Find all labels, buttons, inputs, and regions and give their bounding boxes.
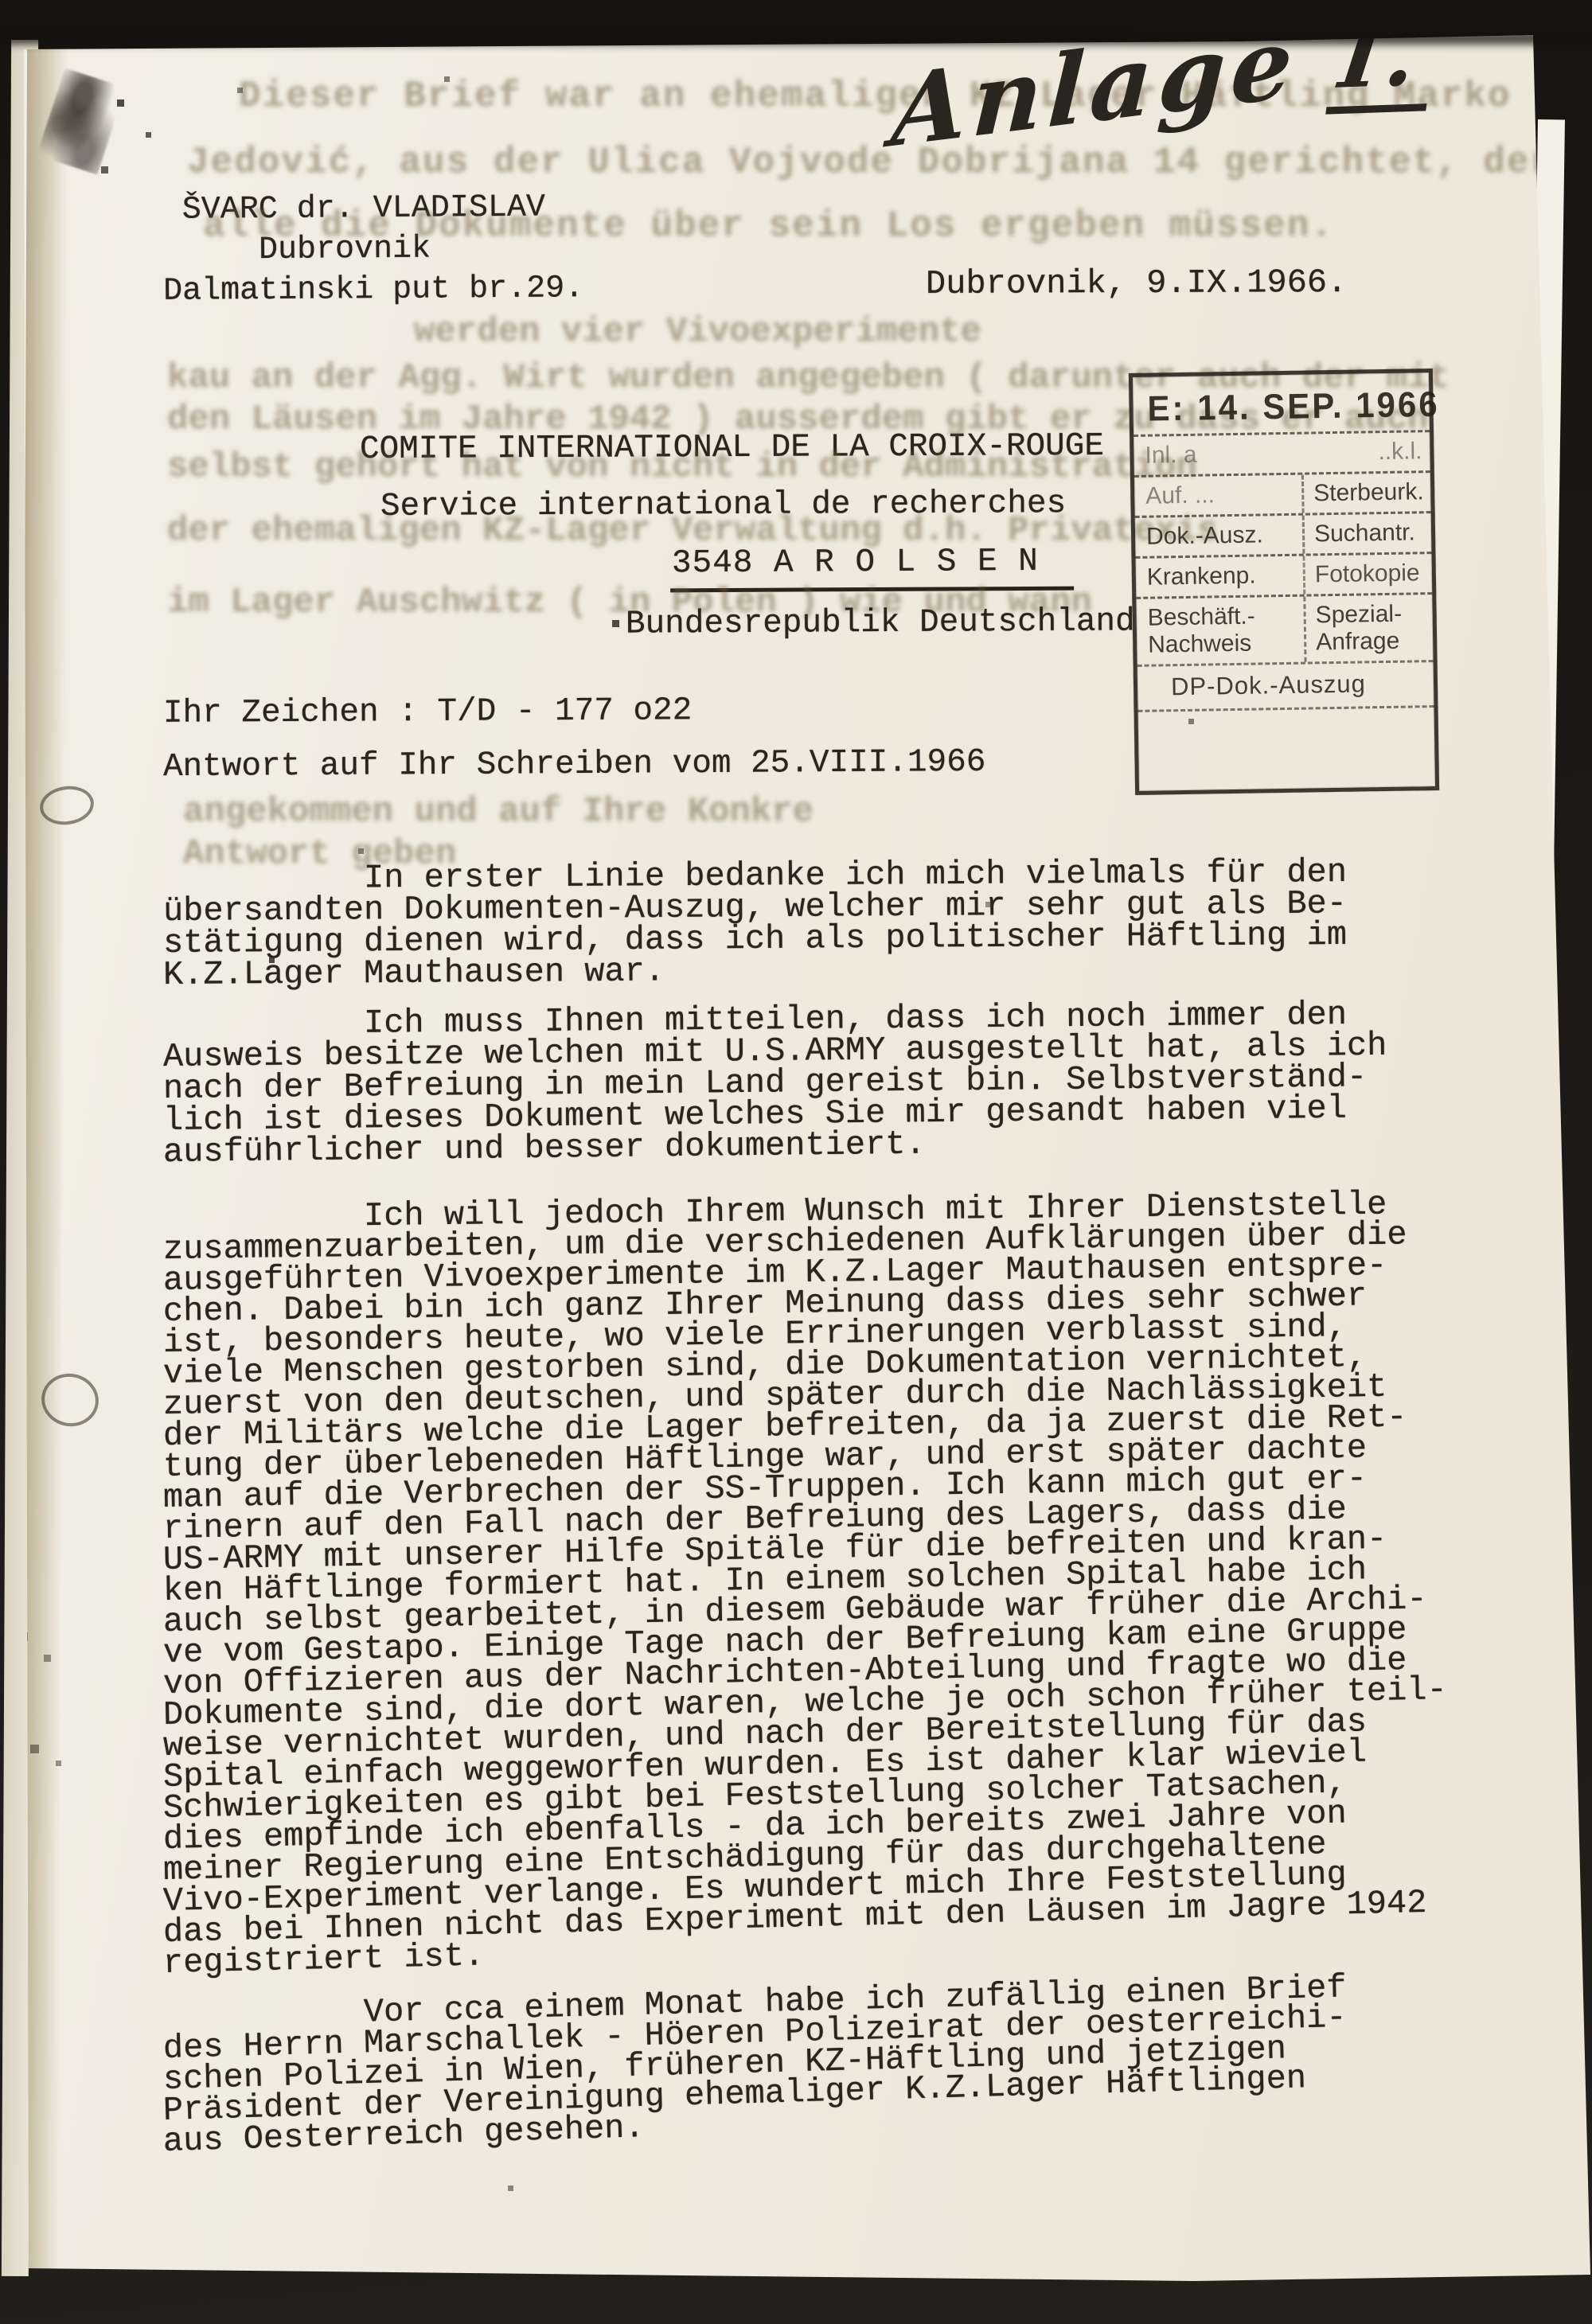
stamp-cell-left: Krankenp. <box>1136 556 1304 597</box>
stamp-row: Krankenp.Fotokopie <box>1135 552 1432 597</box>
stamp-row: Inl. a..k.l. <box>1134 430 1430 475</box>
stamp-cell-left: Auf. ... <box>1134 475 1302 516</box>
bleedthrough-line: der ehemaligen KZ-Lager Verwaltung d.h. … <box>167 511 1218 551</box>
reference-number-line: Ihr Zeichen : T/D - 177 o22 <box>163 692 693 731</box>
bleedthrough-line: angekommen und auf Ihre Konkre <box>183 792 814 832</box>
typed-line: K.Z.Lager Mauthausen war. <box>163 950 1347 991</box>
stamp-received-date: E: 14. SEP. 1966 <box>1147 384 1430 429</box>
stamp-cell-right: Sterbeurk. <box>1301 473 1431 513</box>
ink-specks <box>0 0 2 2</box>
recipient-country: Bundesrepublik Deutschland <box>626 603 1135 642</box>
stamp-cell-left: Dok.-Ausz. <box>1135 516 1303 556</box>
typed-line: Dalmatinski put br.29. <box>163 268 583 312</box>
body-paragraph-4: Vor cca einem Monat habe ich zufällig ei… <box>163 2002 1347 2158</box>
stamp-row: Dok.-Ausz.Suchantr. <box>1135 511 1432 556</box>
stamp-row: Auf. ...Sterbeurk. <box>1134 470 1431 516</box>
stamp-cell-right: ..k.l. <box>1301 432 1430 473</box>
bleedthrough-line: Jedović, aus der Ulica Vojvode Dobrijana… <box>187 142 1554 183</box>
stamp-cell-right: Fotokopie <box>1302 554 1432 595</box>
body-paragraph-2: Ich muss Ihnen mitteilen, dass ich noch … <box>163 1009 1387 1168</box>
scan-top-edge-shadow <box>0 32 1592 45</box>
stamp-category-rows: Inl. a..k.l.Auf. ...Sterbeurk.Dok.-Ausz.… <box>1134 430 1433 665</box>
dateline: Dubrovnik, 9.IX.1966. <box>926 263 1347 303</box>
stamp-cell-left: Inl. a <box>1134 435 1301 475</box>
receipt-stamp-box: E: 14. SEP. 1966 Inl. a..k.l.Auf. ...Ste… <box>1129 368 1439 795</box>
body-paragraph-1: In erster Linie bedanke ich mich vielmal… <box>163 864 1347 991</box>
stamp-empty-row <box>1138 705 1435 779</box>
letter-sheet: Dieser Brief war an ehemaligen KZ-Lager … <box>0 0 1592 2324</box>
annotation-numeral: I. <box>1325 2 1441 115</box>
stamp-cell-left: Beschäft.- Nachweis <box>1136 597 1304 665</box>
bleedthrough-line: selbst gehört hat von nicht in der Admin… <box>167 447 1197 487</box>
reply-reference-line: Antwort auf Ihr Schreiben vom 25.VIII.19… <box>163 744 986 786</box>
stamp-footer-row: DP-Dok.-Auszug <box>1137 660 1434 710</box>
bleedthrough-line: werden vier Vivoexperimente <box>414 312 981 352</box>
body-paragraph-3: Ich will jedoch Ihrem Wunsch mit Ihrer D… <box>163 1203 1447 1979</box>
stamp-cell-right: Suchantr. <box>1302 513 1432 554</box>
stamp-cell-right: Spezial- Anfrage <box>1303 595 1433 662</box>
scanned-letter-page: Dieser Brief war an ehemaligen KZ-Lager … <box>0 0 1592 2324</box>
stamp-row: Beschäft.- NachweisSpezial- Anfrage <box>1136 592 1433 665</box>
bleedthrough-line: alle die Dokumente über sein Los ergeben… <box>203 205 1334 247</box>
